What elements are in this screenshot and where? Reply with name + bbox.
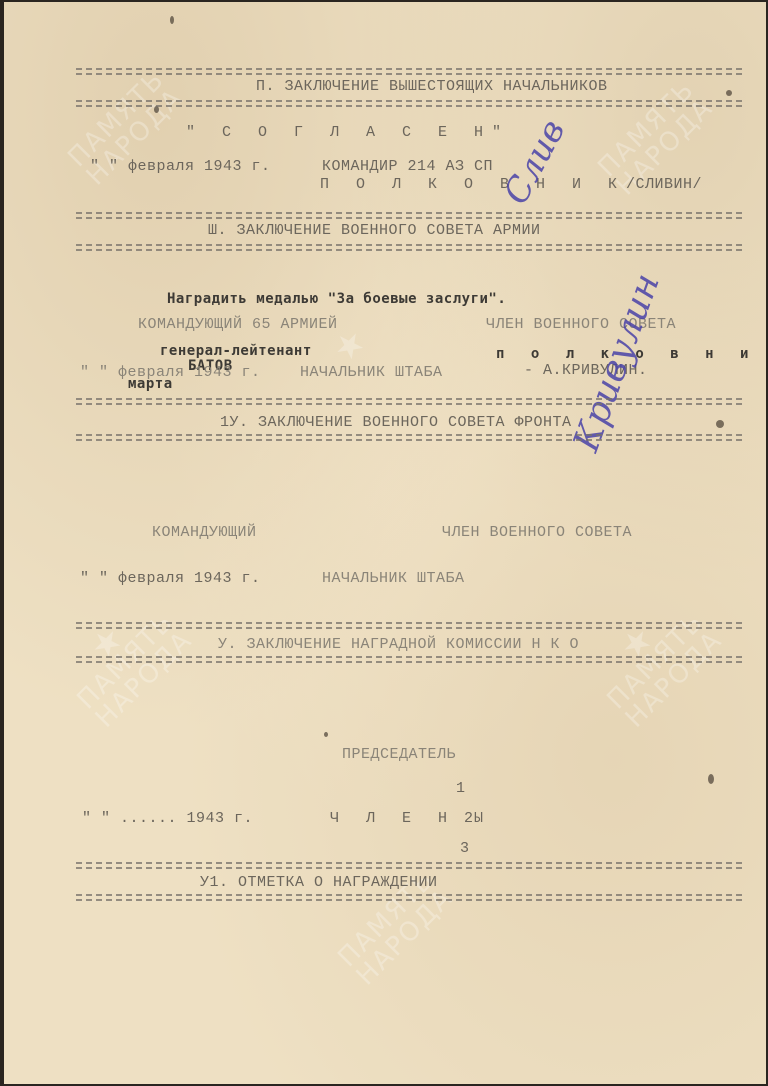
paper-speck	[726, 90, 732, 96]
typed-divider	[76, 862, 746, 871]
typed-divider	[76, 244, 746, 253]
typed-divider	[76, 656, 746, 665]
section-3-header: Ш. ЗАКЛЮЧЕНИЕ ВОЕННОГО СОВЕТА АРМИИ	[208, 222, 541, 239]
typed-divider	[76, 894, 746, 903]
typed-divider	[76, 100, 746, 109]
typed-divider	[76, 212, 746, 221]
paper-speck	[170, 16, 174, 24]
section-2-header: П. ЗАКЛЮЧЕНИЕ ВЫШЕСТОЯЩИХ НАЧАЛЬНИКОВ	[256, 78, 608, 95]
document-page: ПАМЯТЬНАРОДА ПАМЯТЬНАРОДА ★ ★ПАМЯТЬНАРОД…	[4, 2, 766, 1084]
paper-speck	[324, 732, 328, 737]
typed-divider	[76, 434, 746, 443]
section-4-chief-of-staff: НАЧАЛЬНИК ШТАБА	[322, 570, 465, 587]
typed-divider	[76, 68, 746, 77]
section-4-header: 1У. ЗАКЛЮЧЕНИЕ ВОЕННОГО СОВЕТА ФРОНТА	[220, 414, 572, 431]
section-4-date: " " февраля 1943 г.	[80, 570, 261, 587]
section-2-date: " " февраля 1943 г.	[90, 158, 271, 175]
section-2-position: КОМАНДИР 214 АЗ СП	[322, 158, 493, 175]
agreed-stamp: " С О Г Л А С Е Н"	[186, 124, 510, 141]
month-correction: марта	[128, 376, 173, 392]
chairman-label: ПРЕДСЕДАТЕЛЬ	[342, 746, 456, 763]
front-council-member-title: ЧЛЕН ВОЕННОГО СОВЕТА	[442, 524, 632, 541]
award-decision: Наградить медалью "За боевые заслуги".	[167, 291, 506, 307]
commander-title: КОМАНДУЮЩИЙ 65 АРМИЕЙ	[138, 316, 338, 333]
typed-divider	[76, 398, 746, 407]
front-commander-title: КОМАНДУЮЩИЙ	[152, 524, 257, 541]
member-3: 3	[460, 840, 470, 857]
section-6-header: У1. ОТМЕТКА О НАГРАЖДЕНИИ	[200, 874, 438, 891]
member-1: 1	[456, 780, 466, 797]
typed-divider	[76, 622, 746, 631]
section-2-name: /СЛИВИН/	[626, 176, 702, 193]
member-2: 2	[464, 810, 474, 827]
section-3-chief-of-staff: НАЧАЛЬНИК ШТАБА	[300, 364, 443, 381]
paper-speck	[708, 774, 714, 784]
section-5-header: У. ЗАКЛЮЧЕНИЕ НАГРАДНОЙ КОМИССИИ Н К О	[218, 636, 579, 653]
section-2-rank: П О Л К О В Н И К	[320, 176, 626, 193]
commander-rank: генерал-лейтенант	[160, 343, 312, 359]
section-5-date: " " ...... 1943 г.	[82, 810, 253, 827]
paper-speck	[716, 420, 724, 428]
